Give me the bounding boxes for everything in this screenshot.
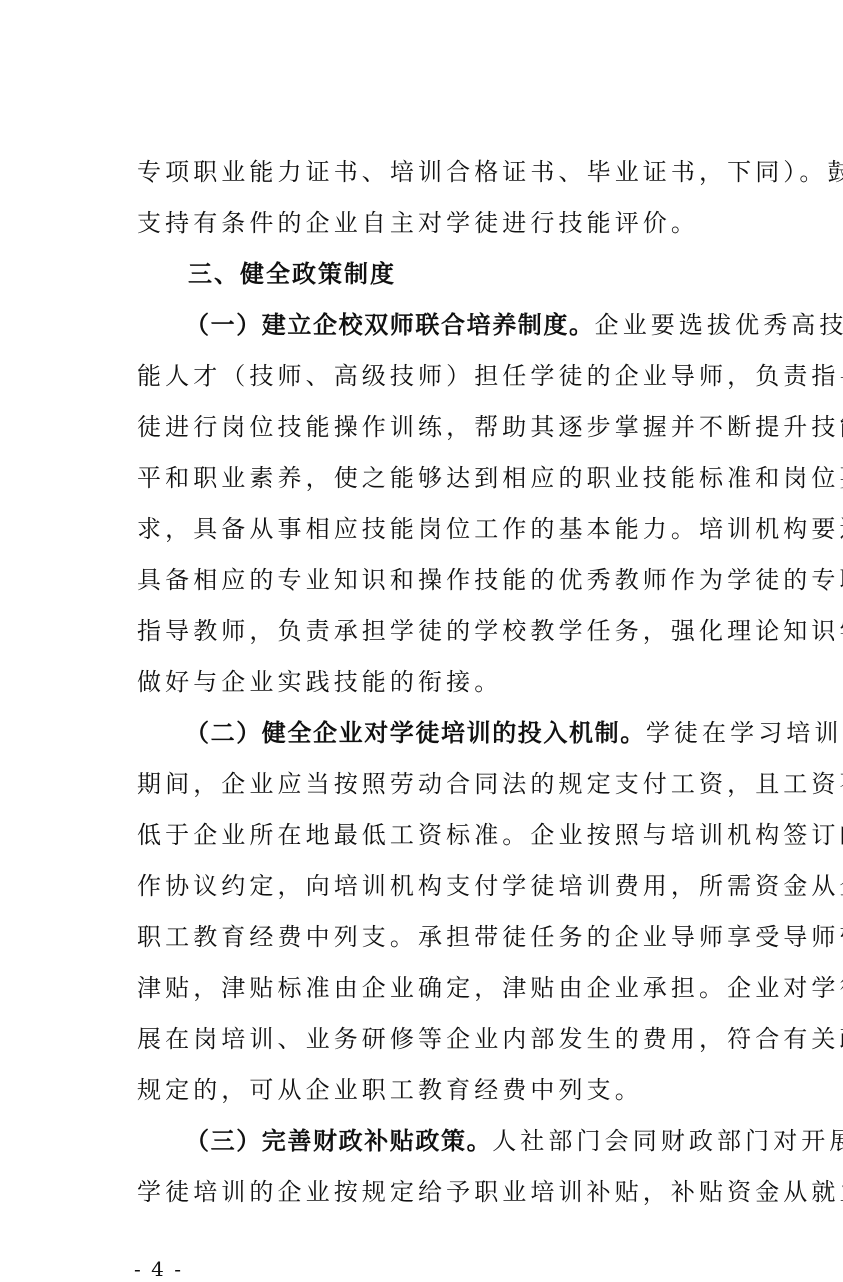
paragraph-line: 能人才（技师、高级技师）担任学徒的企业导师，负责指导学 [137,359,843,393]
paragraph-line: 低于企业所在地最低工资标准。企业按照与培训机构签订的合 [137,818,843,852]
paragraph-line: 平和职业素养，使之能够达到相应的职业技能标准和岗位要 [137,461,843,495]
subsection-1-title: （一）建立企校双师联合培养制度。 [185,311,595,339]
paragraph-line: 支持有条件的企业自主对学徒进行技能评价。 [137,206,843,240]
document-page: 专项职业能力证书、培训合格证书、毕业证书，下同）。鼓励 支持有条件的企业自主对学… [0,0,843,1282]
page-number: - 4 - [134,1257,183,1281]
paragraph-line: 学徒培训的企业按规定给予职业培训补贴，补贴资金从就业补 [137,1175,843,1209]
paragraph-line: 规定的，可从企业职工教育经费中列支。 [137,1073,843,1107]
paragraph-line: 指导教师，负责承担学徒的学校教学任务，强化理论知识学习， [137,614,843,648]
section-heading: 三、健全政策制度 [188,257,843,291]
paragraph-line: 具备相应的专业知识和操作技能的优秀教师作为学徒的专职 [137,563,843,597]
paragraph-line: 职工教育经费中列支。承担带徒任务的企业导师享受导师带徒 [137,920,843,954]
paragraph-line: 津贴，津贴标准由企业确定，津贴由企业承担。企业对学徒开 [137,971,843,1005]
subsection-1-text: 企业要选拔优秀高技 [595,311,843,339]
paragraph-line: 展在岗培训、业务研修等企业内部发生的费用，符合有关政策 [137,1022,843,1056]
paragraph-line: 专项职业能力证书、培训合格证书、毕业证书，下同）。鼓励 [137,155,843,189]
subsection-3-title: （三）完善财政补贴政策。 [185,1127,492,1155]
paragraph-line: 作协议约定，向培训机构支付学徒培训费用，所需资金从企业 [137,869,843,903]
subsection-3-first-line: （三）完善财政补贴政策。人社部门会同财政部门对开展 [185,1124,843,1158]
paragraph-line: 徒进行岗位技能操作训练，帮助其逐步掌握并不断提升技能水 [137,410,843,444]
subsection-3-text: 人社部门会同财政部门对开展 [492,1127,843,1155]
paragraph-line: 做好与企业实践技能的衔接。 [137,665,843,699]
subsection-2-first-line: （二）健全企业对学徒培训的投入机制。学徒在学习培训 [185,716,843,750]
subsection-2-title: （二）健全企业对学徒培训的投入机制。 [185,719,646,747]
paragraph-line: 求，具备从事相应技能岗位工作的基本能力。培训机构要选择 [137,512,843,546]
subsection-1-first-line: （一）建立企校双师联合培养制度。企业要选拔优秀高技 [185,308,843,342]
paragraph-line: 期间，企业应当按照劳动合同法的规定支付工资，且工资不得 [137,767,843,801]
subsection-2-text: 学徒在学习培训 [646,719,843,747]
